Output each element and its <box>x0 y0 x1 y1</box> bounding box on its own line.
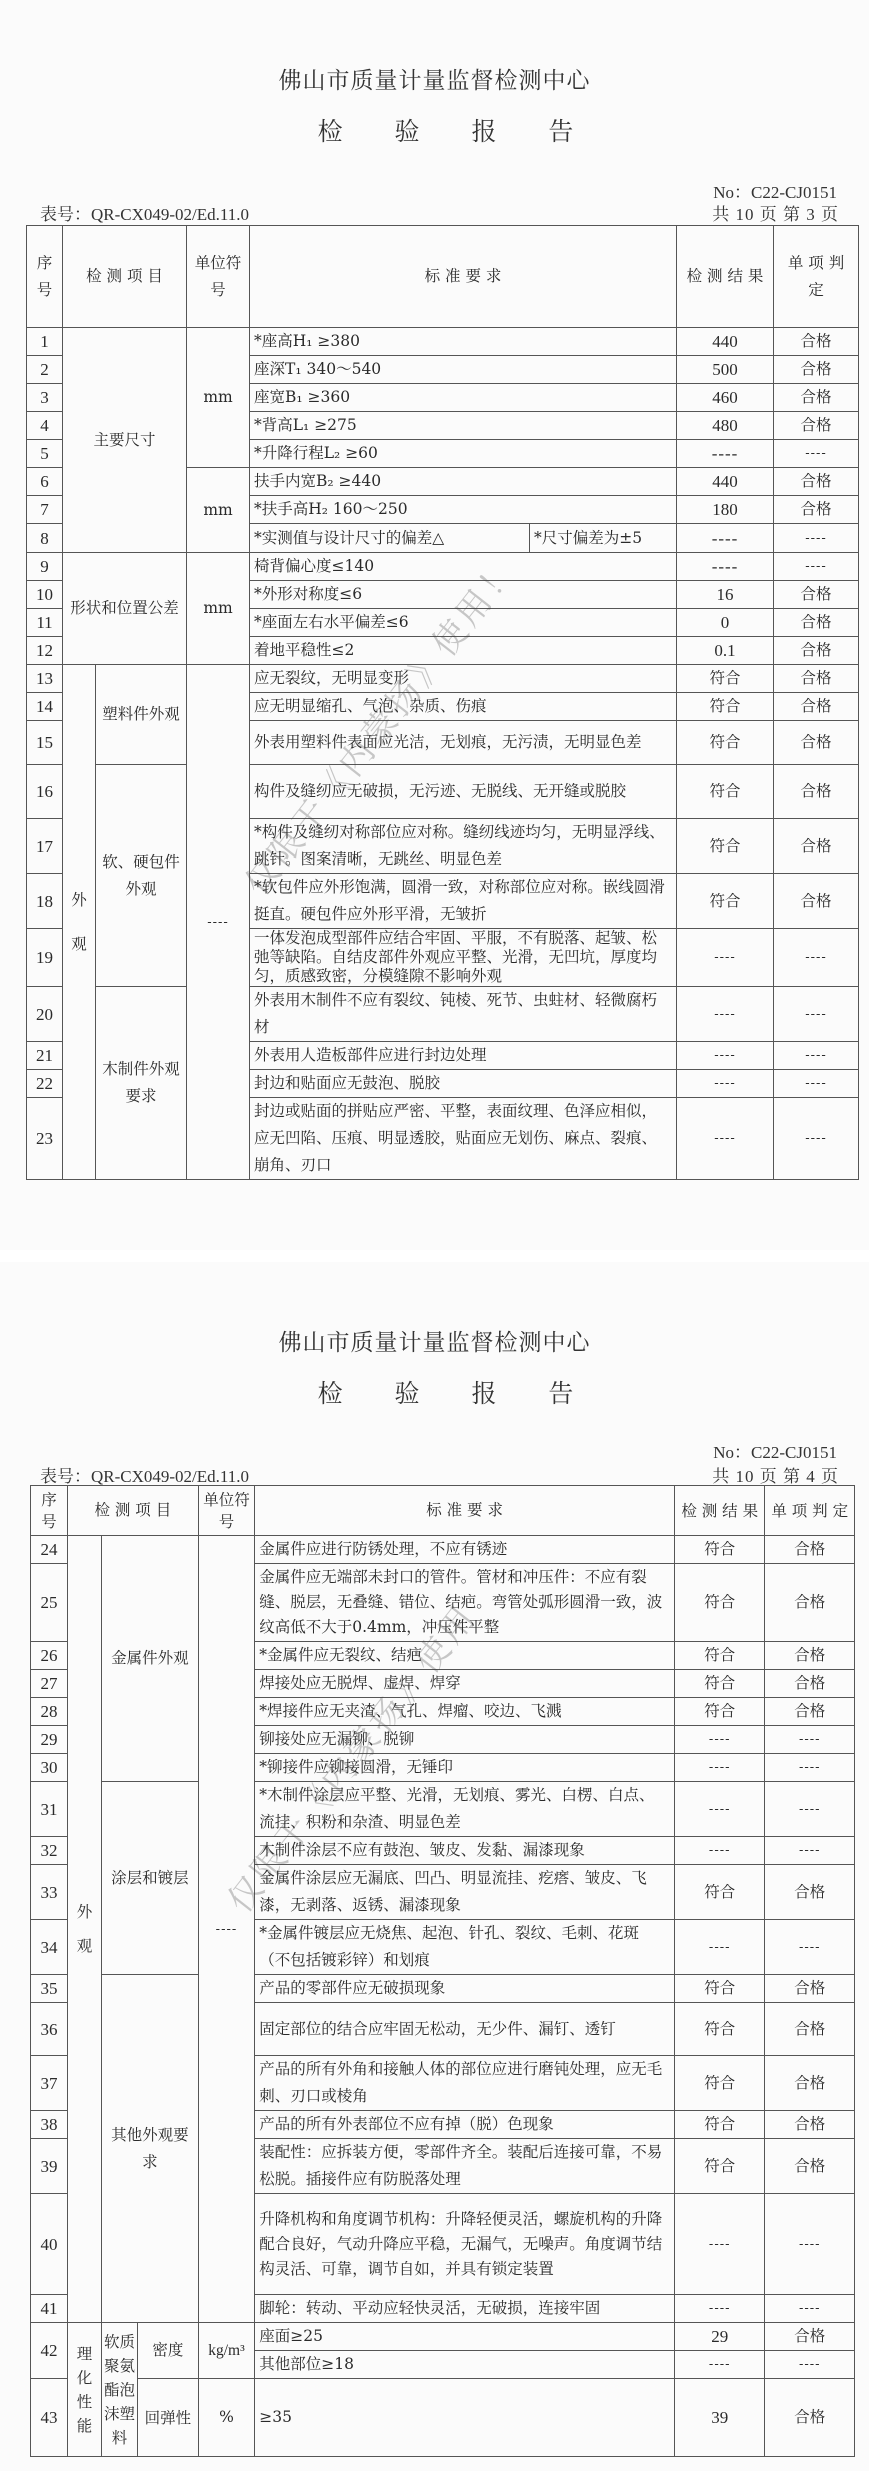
result: 29 <box>674 2323 765 2351</box>
report-page-4: 佛山市质量计量监督检测中心 检 验 报 告 No：C22-CJ0151 表号：Q… <box>0 1262 869 2471</box>
header-verdict: 单 项 判 定 <box>774 226 859 328</box>
row-number: 3 <box>27 384 63 412</box>
row-number: 42 <box>31 2323 68 2379</box>
group-appearance: 外观 <box>63 665 96 1180</box>
verdict: 合格 <box>774 496 859 524</box>
row-number: 30 <box>31 1754 68 1782</box>
row-number: 23 <box>27 1098 63 1180</box>
row-number: 10 <box>27 581 63 609</box>
result: ---- <box>677 1070 774 1098</box>
verdict: ---- <box>765 1754 855 1782</box>
row-number: 15 <box>27 721 63 765</box>
result: 符合 <box>674 1865 765 1920</box>
verdict: 合格 <box>765 2139 855 2194</box>
requirement: *构件及缝纫对称部位应对称。缝纫线迹均匀，无明显浮线、跳针。图案清晰，无跳丝、明… <box>250 819 677 874</box>
verdict: 合格 <box>774 874 859 929</box>
requirement: 升降机构和角度调节机构：升降轻便灵活，螺旋机构的升降配合良好，气动升降应平稳，无… <box>255 2194 675 2295</box>
result: 符合 <box>677 693 774 721</box>
result: 符合 <box>674 1670 765 1698</box>
verdict: 合格 <box>774 665 859 693</box>
density-label: 密度 <box>137 2323 198 2379</box>
row-number: 21 <box>27 1042 63 1070</box>
row-number: 12 <box>27 637 63 665</box>
report-title: 检 验 报 告 <box>0 1374 869 1410</box>
row-number: 5 <box>27 440 63 468</box>
requirement: 产品的零部件应无破损现象 <box>255 1975 675 2003</box>
verdict: 合格 <box>765 1865 855 1920</box>
requirement: *金属件镀层应无烧焦、起泡、针孔、裂纹、毛刺、花斑（不包括镀彩锌）和划痕 <box>255 1920 675 1975</box>
result: ---- <box>674 2194 765 2295</box>
requirement: 金属件应进行防锈处理，不应有锈迹 <box>255 1536 675 1564</box>
verdict: 合格 <box>765 1698 855 1726</box>
verdict: ---- <box>774 929 859 987</box>
group-appearance: 外观 <box>68 1536 102 2323</box>
row-number: 25 <box>31 1564 68 1642</box>
row-number: 34 <box>31 1920 68 1975</box>
group-other-appearance: 其他外观要求 <box>101 1975 198 2323</box>
requirement: 椅背偏心度≤140 <box>250 553 677 581</box>
row-number: 13 <box>27 665 63 693</box>
header-unit: 单位符号 <box>198 1486 255 1536</box>
group-soft-hard: 软、硬包件外观 <box>96 765 187 987</box>
row-number: 1 <box>27 328 63 356</box>
report-number: No：C22-CJ0151 <box>713 1438 837 1463</box>
requirement: *外形对称度≤6 <box>250 581 677 609</box>
verdict: ---- <box>774 524 859 553</box>
row-number: 27 <box>31 1670 68 1698</box>
organization-name: 佛山市质量计量监督检测中心 <box>0 1324 869 1357</box>
row-number: 31 <box>31 1782 68 1837</box>
requirement: 木制件涂层不应有鼓泡、皱皮、发黏、漏漆现象 <box>255 1837 675 1865</box>
result: 180 <box>677 496 774 524</box>
result: 符合 <box>677 765 774 819</box>
requirement: 应无明显缩孔、气泡、杂质、伤痕 <box>250 693 677 721</box>
resilience-unit: % <box>198 2379 255 2457</box>
resilience-label: 回弹性 <box>137 2379 198 2457</box>
form-number: 表号：QR-CX049-02/Ed.11.0 <box>40 1462 249 1487</box>
result: 符合 <box>677 819 774 874</box>
requirement: 其他部位≥18 <box>255 2351 675 2379</box>
inspection-table: 序号 检 测 项 目 单位符号 标 准 要 求 检 测 结 果 单 项 判 定 … <box>30 1485 855 2457</box>
unit-mm: mm <box>187 553 250 665</box>
verdict: 合格 <box>765 1642 855 1670</box>
verdict: 合格 <box>765 1536 855 1564</box>
row-number: 6 <box>27 468 63 496</box>
result: ---- <box>677 987 774 1042</box>
result: ---- <box>677 1042 774 1070</box>
verdict: ---- <box>765 1726 855 1754</box>
result: 500 <box>677 356 774 384</box>
result: 符合 <box>677 721 774 765</box>
result: ---- <box>674 1837 765 1865</box>
verdict: 合格 <box>774 765 859 819</box>
result: 440 <box>677 468 774 496</box>
result: 480 <box>677 412 774 440</box>
verdict: ---- <box>774 1042 859 1070</box>
result: 符合 <box>674 2003 765 2056</box>
verdict: 合格 <box>765 2111 855 2139</box>
table-row: 16 软、硬包件外观 构件及缝纫应无破损，无污迹、无脱线、无开缝或脱胶 符合 合… <box>27 765 859 819</box>
header-item: 检 测 项 目 <box>63 226 187 328</box>
result: 符合 <box>674 2111 765 2139</box>
group-metal: 金属件外观 <box>101 1536 198 1782</box>
result: 符合 <box>674 2056 765 2111</box>
verdict: 合格 <box>765 2379 855 2457</box>
result: ---- <box>674 2295 765 2323</box>
requirement-tolerance: *尺寸偏差为±5 <box>530 524 677 553</box>
header-seq: 序号 <box>27 226 63 328</box>
row-number: 22 <box>27 1070 63 1098</box>
requirement: 封边和贴面应无鼓泡、脱胶 <box>250 1070 677 1098</box>
requirement: 座宽B₁ ≥360 <box>250 384 677 412</box>
verdict: 合格 <box>765 2056 855 2111</box>
inspection-table: 序号 检 测 项 目 单位符号 标 准 要 求 检 测 结 果 单 项 判 定 … <box>26 225 859 1180</box>
verdict: 合格 <box>765 1975 855 2003</box>
verdict: ---- <box>774 1070 859 1098</box>
requirement: 产品的所有外表部位不应有掉（脱）色现象 <box>255 2111 675 2139</box>
row-number: 29 <box>31 1726 68 1754</box>
verdict: ---- <box>765 2194 855 2295</box>
requirement: 固定部位的结合应牢固无松动，无少件、漏钉、透钉 <box>255 2003 675 2056</box>
row-number: 18 <box>27 874 63 929</box>
header-item: 检 测 项 目 <box>68 1486 199 1536</box>
verdict: 合格 <box>765 2003 855 2056</box>
report-title: 检 验 报 告 <box>0 112 869 148</box>
result: ---- <box>674 2351 765 2379</box>
group-shape-tolerance: 形状和位置公差 <box>63 553 187 665</box>
result: 0.1 <box>677 637 774 665</box>
result: 0 <box>677 609 774 637</box>
result: 16 <box>677 581 774 609</box>
requirement: 外表用木制件不应有裂纹、钝棱、死节、虫蛀材、轻微腐朽材 <box>250 987 677 1042</box>
table-row: 42 理化性能 软质聚氨酯泡沫塑料 密度 kg/m³ 座面≥25 29 合格 <box>31 2323 855 2351</box>
requirement: 装配性：应拆装方便，零部件齐全。装配后连接可靠，不易松脱。插接件应有防脱落处理 <box>255 2139 675 2194</box>
result: 符合 <box>674 1564 765 1642</box>
verdict: 合格 <box>774 637 859 665</box>
group-main-size: 主要尺寸 <box>63 328 187 553</box>
requirement: 扶手内宽B₂ ≥440 <box>250 468 677 496</box>
verdict: ---- <box>774 440 859 468</box>
row-number: 32 <box>31 1837 68 1865</box>
result: 符合 <box>677 665 774 693</box>
result: 440 <box>677 328 774 356</box>
group-foam: 软质聚氨酯泡沫塑料 <box>101 2323 137 2457</box>
table-row: 31 涂层和镀层 *木制件涂层应平整、光滑，无划痕、雾光、白楞、白点、流挂、积粉… <box>31 1782 855 1837</box>
result: 符合 <box>677 874 774 929</box>
row-number: 40 <box>31 2194 68 2295</box>
requirement: 产品的所有外角和接触人体的部位应进行磨钝处理，应无毛刺、刃口或棱角 <box>255 2056 675 2111</box>
report-page-3: 佛山市质量计量监督检测中心 检 验 报 告 No：C22-CJ0151 表号：Q… <box>0 0 869 1250</box>
verdict: 合格 <box>774 581 859 609</box>
result: ---- <box>677 524 774 553</box>
requirement: 脚轮：转动、平动应轻快灵活，无破损，连接牢固 <box>255 2295 675 2323</box>
result: ---- <box>677 553 774 581</box>
requirement: ≥35 <box>255 2379 675 2457</box>
result: ---- <box>674 1782 765 1837</box>
unit-none: ---- <box>187 665 250 1180</box>
row-number: 41 <box>31 2295 68 2323</box>
result: ---- <box>674 1754 765 1782</box>
result: 符合 <box>674 2139 765 2194</box>
verdict: 合格 <box>774 721 859 765</box>
requirement: *座高H₁ ≥380 <box>250 328 677 356</box>
header-result: 检 测 结 果 <box>674 1486 765 1536</box>
header-verdict: 单 项 判 定 <box>765 1486 855 1536</box>
row-number: 43 <box>31 2379 68 2457</box>
verdict: ---- <box>774 1098 859 1180</box>
requirement: 应无裂纹，无明显变形 <box>250 665 677 693</box>
row-number: 14 <box>27 693 63 721</box>
row-number: 26 <box>31 1642 68 1670</box>
verdict: 合格 <box>765 1670 855 1698</box>
requirement: *金属件应无裂纹、结疤 <box>255 1642 675 1670</box>
row-number: 16 <box>27 765 63 819</box>
header-unit: 单位符号 <box>187 226 250 328</box>
group-plastic: 塑料件外观 <box>96 665 187 765</box>
row-number: 28 <box>31 1698 68 1726</box>
verdict: ---- <box>765 2295 855 2323</box>
requirement: 座面≥25 <box>255 2323 675 2351</box>
page-info: 共 10 页 第 4 页 <box>712 1462 839 1487</box>
verdict: 合格 <box>774 384 859 412</box>
requirement: 座深T₁ 340～540 <box>250 356 677 384</box>
table-row: 20 木制件外观要求 外表用木制件不应有裂纹、钝棱、死节、虫蛀材、轻微腐朽材 -… <box>27 987 859 1042</box>
verdict: 合格 <box>774 609 859 637</box>
row-number: 37 <box>31 2056 68 2111</box>
result: ---- <box>677 1098 774 1180</box>
result: ---- <box>674 1920 765 1975</box>
verdict: 合格 <box>765 2323 855 2351</box>
row-number: 11 <box>27 609 63 637</box>
group-physchem: 理化性能 <box>68 2323 102 2457</box>
requirement: 铆接处应无漏铆、脱铆 <box>255 1726 675 1754</box>
table-row: 24 外观 金属件外观 ---- 金属件应进行防锈处理，不应有锈迹 符合 合格 <box>31 1536 855 1564</box>
verdict: ---- <box>765 1782 855 1837</box>
row-number: 24 <box>31 1536 68 1564</box>
organization-name: 佛山市质量计量监督检测中心 <box>0 62 869 95</box>
header-requirement: 标 准 要 求 <box>255 1486 675 1536</box>
verdict: ---- <box>765 1920 855 1975</box>
group-wood: 木制件外观要求 <box>96 987 187 1180</box>
page-info: 共 10 页 第 3 页 <box>712 200 839 225</box>
requirement: 封边或贴面的拼贴应严密、平整，表面纹理、色泽应相似，应无凹陷、压痕、明显透胶，贴… <box>250 1098 677 1180</box>
page-separator <box>0 1250 869 1262</box>
unit-mm: mm <box>187 328 250 468</box>
result: 39 <box>674 2379 765 2457</box>
row-number: 8 <box>27 524 63 553</box>
row-number: 20 <box>27 987 63 1042</box>
verdict: 合格 <box>774 468 859 496</box>
verdict: ---- <box>774 553 859 581</box>
row-number: 2 <box>27 356 63 384</box>
header-requirement: 标 准 要 求 <box>250 226 677 328</box>
result: ---- <box>677 440 774 468</box>
requirement: 一体发泡成型部件应结合牢固、平服，不有脱落、起皱、松弛等缺陷。自结皮部件外观应平… <box>250 929 677 987</box>
table-row: 35 其他外观要求 产品的零部件应无破损现象 符合 合格 <box>31 1975 855 2003</box>
requirement: *木制件涂层应平整、光滑，无划痕、雾光、白楞、白点、流挂、积粉和杂渣、明显色差 <box>255 1782 675 1837</box>
requirement: 外表用人造板部件应进行封边处理 <box>250 1042 677 1070</box>
requirement: *升降行程L₂ ≥60 <box>250 440 677 468</box>
header-result: 检 测 结 果 <box>677 226 774 328</box>
row-number: 35 <box>31 1975 68 2003</box>
verdict: 合格 <box>774 356 859 384</box>
unit-none: ---- <box>198 1536 255 2323</box>
result: 符合 <box>674 1536 765 1564</box>
row-number: 7 <box>27 496 63 524</box>
verdict: ---- <box>765 1837 855 1865</box>
row-number: 39 <box>31 2139 68 2194</box>
row-number: 4 <box>27 412 63 440</box>
row-number: 38 <box>31 2111 68 2139</box>
table-header: 序号 检 测 项 目 单位符号 标 准 要 求 检 测 结 果 单 项 判 定 <box>27 226 859 328</box>
table-row: 43 回弹性 % ≥35 39 合格 <box>31 2379 855 2457</box>
verdict: ---- <box>765 2351 855 2379</box>
row-number: 9 <box>27 553 63 581</box>
result: ---- <box>674 1726 765 1754</box>
requirement: *扶手高H₂ 160～250 <box>250 496 677 524</box>
requirement: *背高L₁ ≥275 <box>250 412 677 440</box>
table-row: 13 外观 塑料件外观 ---- 应无裂纹，无明显变形 符合 合格 <box>27 665 859 693</box>
verdict: 合格 <box>765 1564 855 1642</box>
table-row: 9 形状和位置公差 mm 椅背偏心度≤140 ---- ---- <box>27 553 859 581</box>
header-seq: 序号 <box>31 1486 68 1536</box>
row-number: 19 <box>27 929 63 987</box>
requirement: 焊接处应无脱焊、虚焊、焊穿 <box>255 1670 675 1698</box>
group-coating: 涂层和镀层 <box>101 1782 198 1975</box>
requirement: *铆接件应铆接圆滑，无锤印 <box>255 1754 675 1782</box>
result: ---- <box>677 929 774 987</box>
requirement: *实测值与设计尺寸的偏差△ <box>250 524 530 553</box>
table-header: 序号 检 测 项 目 单位符号 标 准 要 求 检 测 结 果 单 项 判 定 <box>31 1486 855 1536</box>
verdict: 合格 <box>774 693 859 721</box>
requirement: 着地平稳性≤2 <box>250 637 677 665</box>
requirement: 外表用塑料件表面应光洁，无划痕，无污渍，无明显色差 <box>250 721 677 765</box>
verdict: 合格 <box>774 412 859 440</box>
verdict: 合格 <box>774 328 859 356</box>
table-row: 1 主要尺寸 mm *座高H₁ ≥380 440 合格 <box>27 328 859 356</box>
requirement: 构件及缝纫应无破损，无污迹、无脱线、无开缝或脱胶 <box>250 765 677 819</box>
result: 符合 <box>674 1642 765 1670</box>
requirement: *座面左右水平偏差≤6 <box>250 609 677 637</box>
verdict: ---- <box>774 987 859 1042</box>
requirement: 金属件应无端部未封口的管件。管材和冲压件：不应有裂缝、脱层，无叠缝、错位、结疤。… <box>255 1564 675 1642</box>
verdict: 合格 <box>774 819 859 874</box>
result: 460 <box>677 384 774 412</box>
result: 符合 <box>674 1975 765 2003</box>
requirement: *焊接件应无夹渣、气孔、焊瘤、咬边、飞溅 <box>255 1698 675 1726</box>
requirement: 金属件涂层应无漏底、凹凸、明显流挂、疙瘩、皱皮、飞漆，无剥落、返锈、漏漆现象 <box>255 1865 675 1920</box>
density-unit: kg/m³ <box>198 2323 255 2379</box>
row-number: 36 <box>31 2003 68 2056</box>
row-number: 17 <box>27 819 63 874</box>
unit-mm: mm <box>187 468 250 553</box>
form-number: 表号：QR-CX049-02/Ed.11.0 <box>40 200 249 225</box>
row-number: 33 <box>31 1865 68 1920</box>
result: 符合 <box>674 1698 765 1726</box>
requirement: *软包件应外形饱满，圆滑一致，对称部位应对称。嵌线圆滑挺直。硬包件应外形平滑，无… <box>250 874 677 929</box>
